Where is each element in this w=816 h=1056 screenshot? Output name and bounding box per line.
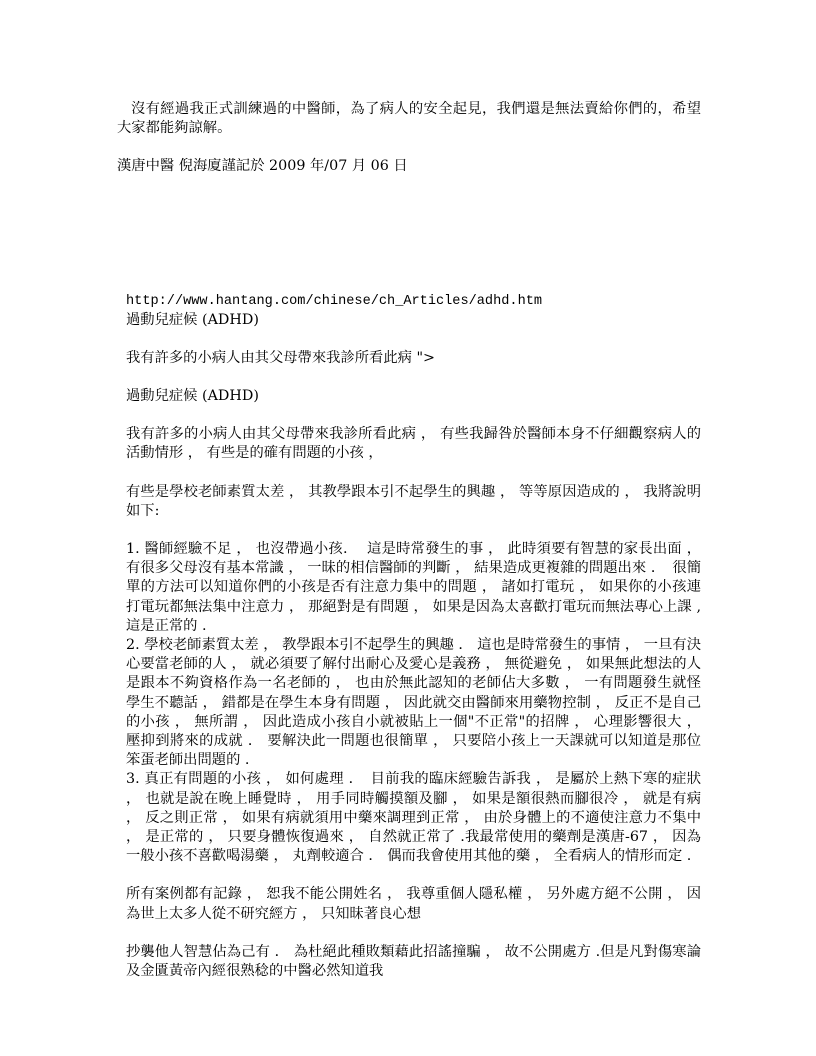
list-item-3: 3. 真正有問題的小孩 ， 如何處理 ． 目前我的臨床經驗告訴我 ， 是屬於上熱… [117,770,701,866]
article-snippet: 我有許多的小病人由其父母帶來我診所看此病 "> [117,349,701,368]
spacer [117,924,701,943]
causes-paragraph: 有些是學校老師素質太差 ， 其教學跟本引不起學生的興趣 ， 等等原因造成的 ， … [117,483,701,521]
spacer [117,406,701,425]
spacer [117,177,701,273]
spacer [117,464,701,483]
spacer [117,138,701,157]
article-title: 過動兒症候 (ADHD) [117,311,701,330]
spacer [117,368,701,387]
records-paragraph: 所有案例都有記錄 ， 恕我不能公開姓名 ， 我尊重個人隱私權 ， 另外處方絕不公… [117,885,701,923]
plagiarism-paragraph: 抄襲他人智慧佔為己有 ． 為杜絕此種敗類藉此招謠撞騙 ， 故不公開處方 .但是凡… [117,943,701,981]
signature-line: 漢唐中醫 倪海廈謹記於 2009 年/07 月 06 日 [117,157,701,176]
intro-paragraph: 我有許多的小病人由其父母帶來我診所看此病 ， 有些我歸咎於醫師本身不仔細觀察病人… [117,425,701,463]
spacer [117,330,701,349]
source-url: http://www.hantang.com/chinese/ch_Articl… [117,292,701,311]
article-heading: 過動兒症候 (ADHD) [117,387,701,406]
spacer [117,866,701,885]
document-page: 沒有經過我正式訓練過的中醫師，為了病人的安全起見，我們還是無法賣給你們的，希望大… [117,100,701,981]
list-item-2: 2. 學校老師素質太差 ， 教學跟本引不起學生的興趣 ． 這也是時常發生的事情 … [117,636,701,770]
list-item-1: 1. 醫師經驗不足 ， 也沒帶過小孩. 這是時常發生的事 ， 此時須要有智慧的家… [117,540,701,636]
closing-notice-paragraph: 沒有經過我正式訓練過的中醫師，為了病人的安全起見，我們還是無法賣給你們的，希望大… [117,100,701,138]
spacer [117,521,701,540]
